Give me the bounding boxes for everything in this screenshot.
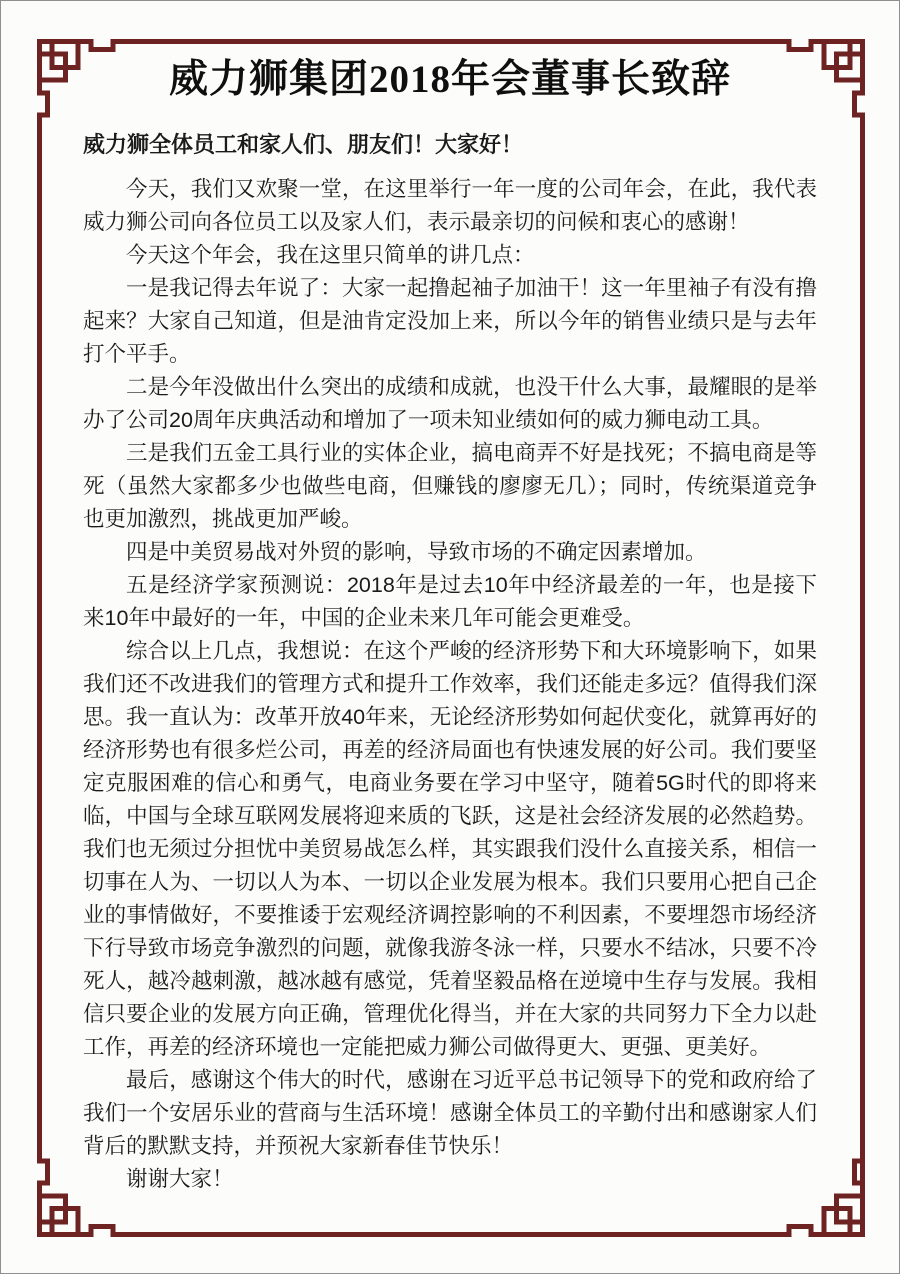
speech-paragraph-6: 四是中美贸易战对外贸的影响，导致市场的不确定因素增加。 [83,536,817,569]
speech-paragraph-5: 三是我们五金工具行业的实体企业，搞电商弄不好是找死；不搞电商是等死（虽然大家都多… [83,437,817,536]
speech-content: 威力狮集团2018年会董事长致辞 威力狮全体员工和家人们、朋友们！大家好！ 今天… [83,1,817,1196]
speech-paragraph-9: 最后，感谢这个伟大的时代，感谢在习近平总书记领导下的党和政府给了我们一个安居乐业… [83,1064,817,1163]
salutation-line: 威力狮全体员工和家人们、朋友们！大家好！ [83,128,817,161]
speech-paragraph-3: 一是我记得去年说了：大家一起撸起袖子加油干！这一年里袖子有没有撸起来？大家自己知… [83,272,817,371]
frame-line-left [37,139,42,1137]
speech-paragraph-10: 谢谢大家！ [83,1163,817,1196]
speech-paragraph-4: 二是今年没做出什么突出的成绩和成就，也没干什么大事，最耀眼的是举办了公司20周年… [83,371,817,437]
speech-document-page: 威力狮集团2018年会董事长致辞 威力狮全体员工和家人们、朋友们！大家好！ 今天… [0,0,900,1274]
speech-body: 今天，我们又欢聚一堂，在这里举行一年一度的公司年会，在此，我代表威力狮公司向各位… [83,173,817,1196]
frame-line-bottom [137,1232,765,1237]
page-title: 威力狮集团2018年会董事长致辞 [83,57,817,104]
frame-line-right [860,139,865,1137]
speech-paragraph-1: 今天，我们又欢聚一堂，在这里举行一年一度的公司年会，在此，我代表威力狮公司向各位… [83,173,817,239]
speech-paragraph-2: 今天这个年会，我在这里只简单的讲几点： [83,239,817,272]
speech-paragraph-8: 综合以上几点，我想说：在这个严峻的经济形势下和大环境影响下，如果我们还不改进我们… [83,635,817,1064]
speech-paragraph-7: 五是经济学家预测说：2018年是过去10年中经济最差的一年，也是接下来10年中最… [83,569,817,635]
